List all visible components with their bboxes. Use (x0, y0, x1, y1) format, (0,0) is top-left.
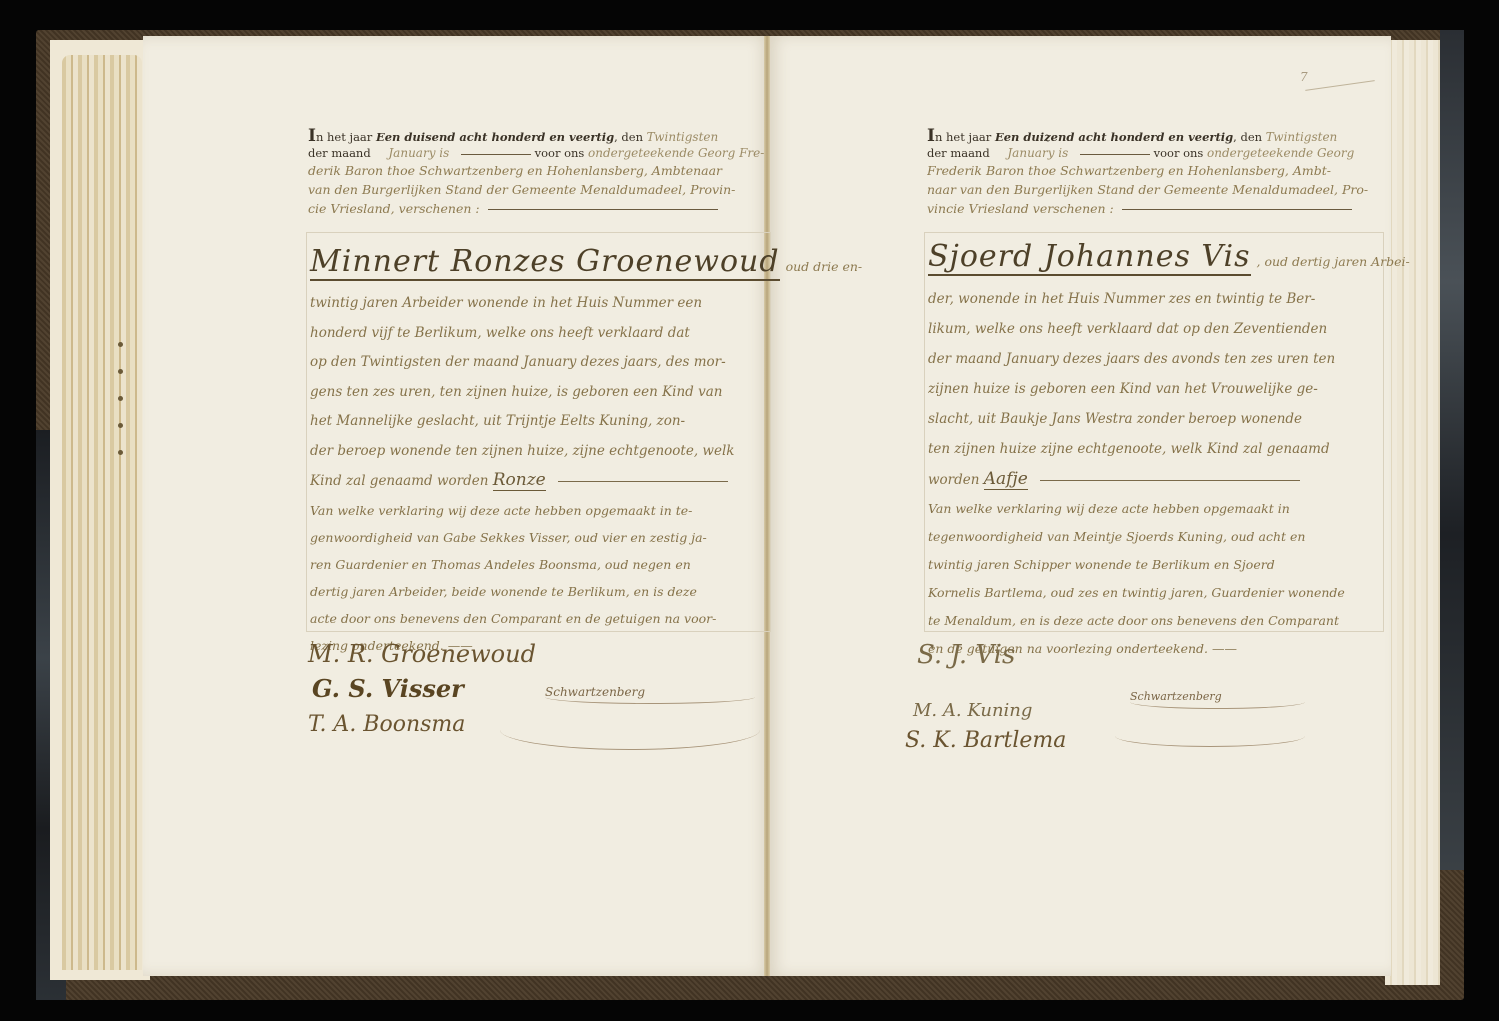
hand-official-line: Frederik Baron thoe Schwartzenberg en Ho… (927, 161, 1397, 180)
entry-body-left: Minnert Ronzes Groenewoudoud drie en- tw… (310, 240, 770, 659)
printed-text: voor ons (535, 146, 585, 160)
signature-declarant: M. R. Groenewoud (308, 640, 536, 668)
hand-official-line: derik Baron thoe Schwartzenberg en Hohen… (308, 161, 778, 180)
closing-line: Kornelis Bartlema, oud zes en twintig ja… (928, 579, 1388, 607)
declarant-name: Sjoerd Johannes Vis, oud dertig jaren Ar… (928, 235, 1388, 284)
hand-text: cie Vriesland, verschenen : (308, 201, 480, 216)
body-line: slacht, uit Baukje Jans Westra zonder be… (928, 404, 1388, 434)
declarant-name-text: Sjoerd Johannes Vis (928, 239, 1251, 276)
hand-text: vincie Vriesland verschenen : (927, 201, 1114, 216)
signature-flourish (1130, 695, 1305, 709)
signatures-left: M. R. Groenewoud G. S. Visser T. A. Boon… (300, 640, 760, 760)
blank-line (461, 154, 531, 155)
body-line: der, wonende in het Huis Nummer zes en t… (928, 284, 1388, 314)
closing-line: te Menaldum, en is deze acte door ons be… (928, 607, 1388, 635)
blank-line (1040, 480, 1300, 481)
closing-line: tegenwoordigheid van Meintje Sjoerds Kun… (928, 523, 1388, 551)
hand-day: Twintigsten (1266, 130, 1338, 144)
child-name: Ronze (493, 470, 546, 491)
header-printed-line-2: der maand January is voor ons ondergetee… (308, 145, 778, 161)
worn-leaf-edges (62, 55, 142, 970)
body-line: zijnen huize is geboren een Kind van het… (928, 374, 1388, 404)
printed-text: der maand (927, 146, 990, 160)
signatures-right: S. J. Vis M. A. Kuning S. K. Bartlema Sc… (905, 640, 1305, 770)
hand-official-line: vincie Vriesland verschenen : (927, 199, 1397, 218)
closing-line: Van welke verklaring wij deze acte hebbe… (928, 495, 1388, 523)
body-line: ten zijnen huize zijne echtgenoote, welk… (928, 434, 1388, 464)
hand-text: , oud dertig jaren Arbei- (1257, 254, 1410, 269)
body-line: op den Twintigsten der maand January dez… (310, 348, 770, 378)
closing-line: acte door ons benevens den Comparant en … (310, 605, 770, 632)
body-line: worden Aafje (928, 464, 1388, 495)
closing-line: genwoordigheid van Gabe Sekkes Visser, o… (310, 524, 770, 551)
header-printed-line-2: der maand January is voor ons ondergetee… (927, 145, 1397, 161)
drop-cap: I (927, 126, 935, 146)
closing-line: Van welke verklaring wij deze acte hebbe… (310, 497, 770, 524)
signature-witness-2: T. A. Boonsma (308, 712, 465, 737)
closing-line: dertig jaren Arbeider, beide wonende te … (310, 578, 770, 605)
hand-official-line: naar van den Burgerlijken Stand der Geme… (927, 180, 1397, 199)
drop-cap: I (308, 126, 316, 146)
entry-header-left: In het jaar Een duisend acht honderd en … (308, 128, 778, 218)
closing-line: ren Guardenier en Thomas Andeles Boonsma… (310, 551, 770, 578)
declarant-name-text: Minnert Ronzes Groenewoud (310, 244, 780, 281)
signature-flourish (1115, 725, 1305, 747)
entry-body-right: Sjoerd Johannes Vis, oud dertig jaren Ar… (928, 235, 1388, 663)
blank-line (1122, 209, 1352, 210)
body-line: honderd vijf te Berlikum, welke ons heef… (310, 319, 770, 349)
blank-line (1080, 154, 1150, 155)
header-printed-line-1: In het jaar Een duisend acht honderd en … (308, 128, 778, 145)
printed-year: Een duizend acht honderd en veertig (995, 130, 1233, 144)
printed-text: n het jaar (935, 130, 991, 144)
signature-flourish (545, 690, 755, 704)
hand-month: January is (388, 146, 449, 160)
hand-official: ondergeteekende Georg (1207, 146, 1354, 160)
marbled-board-right (1440, 30, 1464, 870)
body-line: twintig jaren Arbeider wonende in het Hu… (310, 289, 770, 319)
folio-number: 7 (1300, 70, 1308, 84)
printed-year: Een duisend acht honderd en veertig (376, 130, 614, 144)
hand-text: Kind zal genaamd worden (310, 473, 488, 489)
margin-marks (118, 320, 132, 500)
hand-text: oud drie en- (786, 259, 863, 274)
printed-text: , den (1233, 130, 1262, 144)
signature-declarant: S. J. Vis (917, 640, 1015, 670)
body-line: Kind zal genaamd worden Ronze (310, 466, 770, 497)
child-name: Aafje (984, 469, 1028, 490)
body-line: het Mannelijke geslacht, uit Trijntje Ee… (310, 407, 770, 437)
body-line: der beroep wonende ten zijnen huize, zij… (310, 437, 770, 467)
printed-text: der maand (308, 146, 371, 160)
header-printed-line-1: In het jaar Een duizend acht honderd en … (927, 128, 1397, 145)
body-line: gens ten zes uren, ten zijnen huize, is … (310, 378, 770, 408)
printed-text: n het jaar (316, 130, 372, 144)
body-line: der maand January dezes jaars des avonds… (928, 344, 1388, 374)
hand-official-line: cie Vriesland, verschenen : (308, 199, 778, 218)
signature-witness-1: M. A. Kuning (913, 700, 1032, 721)
body-line: likum, welke ons heeft verklaard dat op … (928, 314, 1388, 344)
hand-day: Twintigsten (647, 130, 719, 144)
signature-flourish (500, 710, 760, 750)
hand-official: ondergeteekende Georg Fre- (588, 146, 764, 160)
hand-official-line: van den Burgerlijken Stand der Gemeente … (308, 180, 778, 199)
printed-text: voor ons (1154, 146, 1204, 160)
blank-line (558, 481, 728, 482)
entry-header-right: In het jaar Een duizend acht honderd en … (927, 128, 1397, 218)
blank-line (488, 209, 718, 210)
declarant-name: Minnert Ronzes Groenewoudoud drie en- (310, 240, 770, 289)
hand-month: January is (1007, 146, 1068, 160)
closing-line: twintig jaren Schipper wonende te Berlik… (928, 551, 1388, 579)
printed-text: , den (614, 130, 643, 144)
signature-witness-1: G. S. Visser (312, 674, 464, 703)
hand-text: worden (928, 472, 979, 488)
signature-witness-2: S. K. Bartlema (905, 728, 1066, 753)
